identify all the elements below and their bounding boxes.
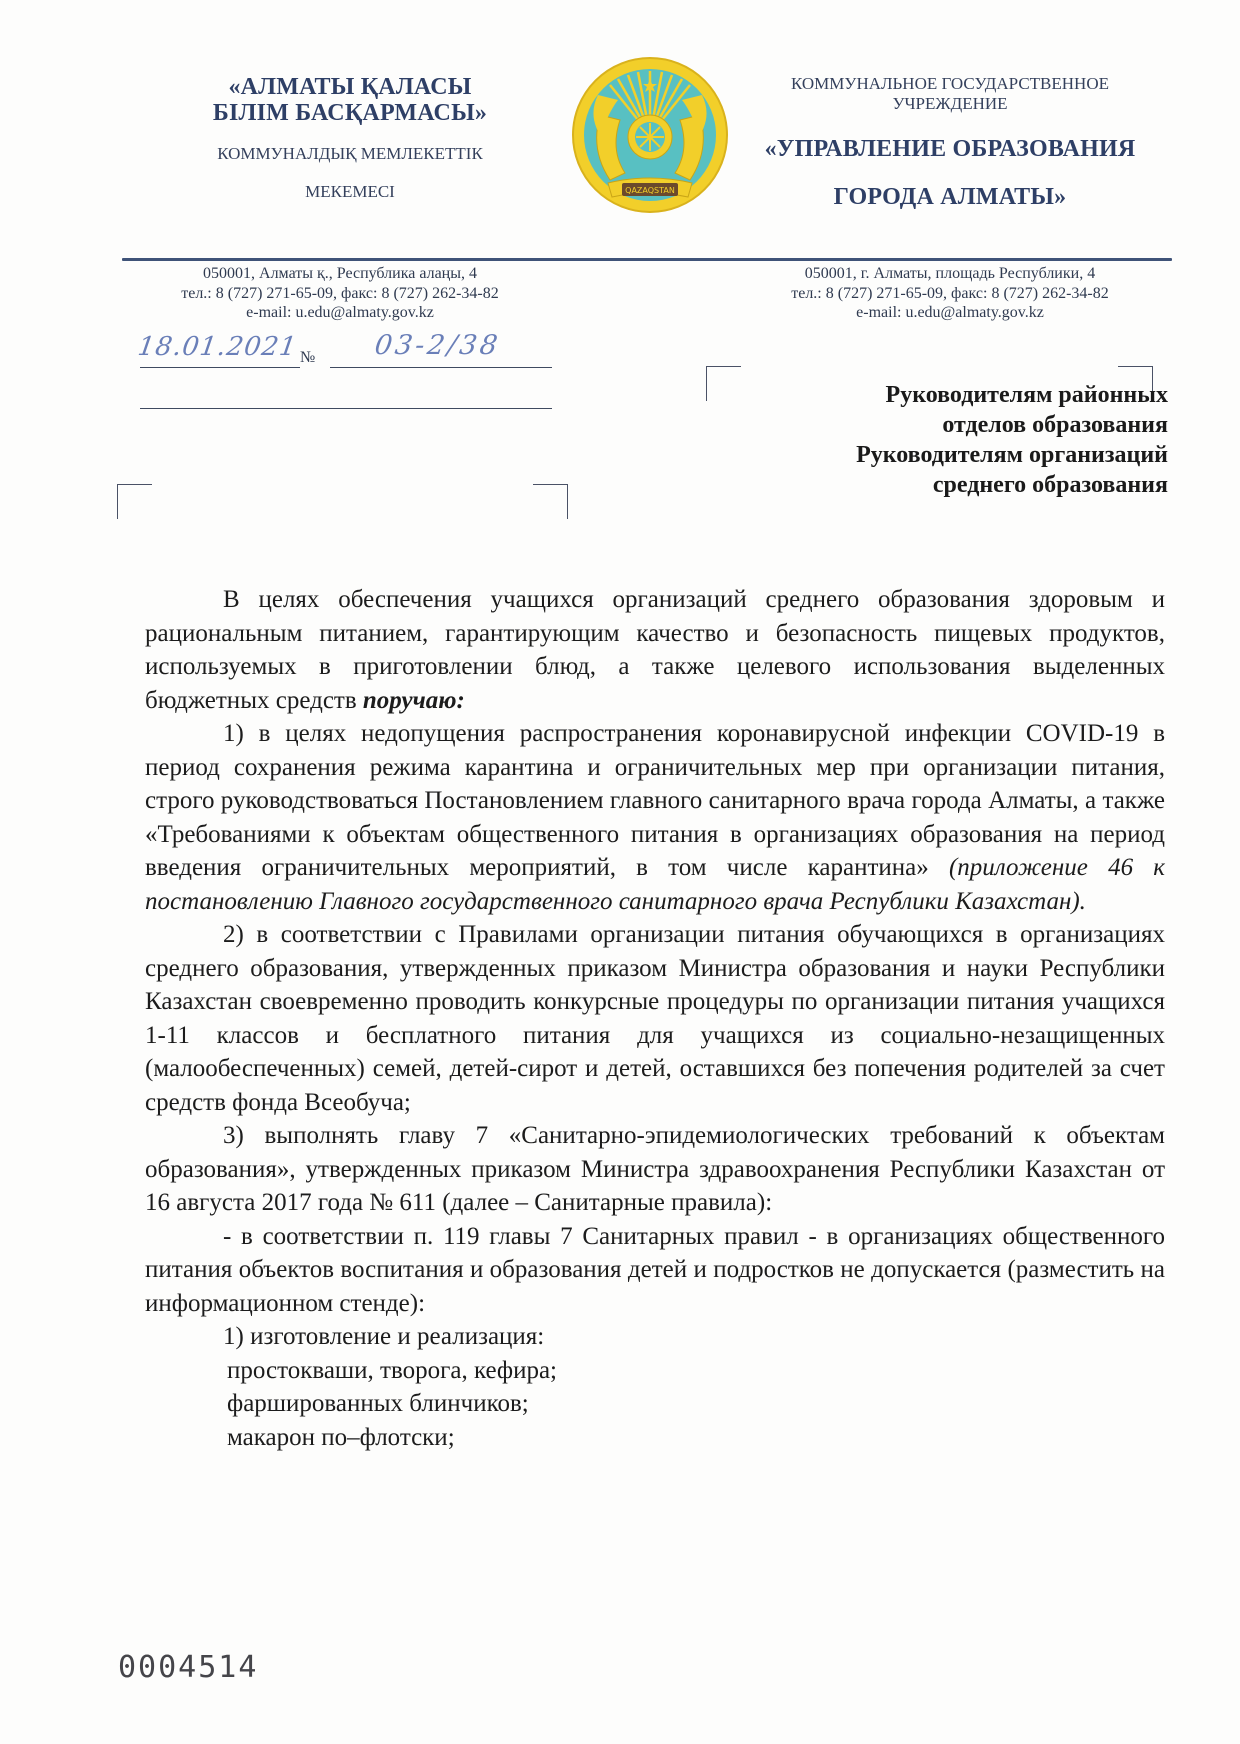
list-item: макарон по–флотски; <box>223 1421 1165 1455</box>
address-kazakh: 050001, Алматы қ., Республика алаңы, 4 т… <box>130 264 550 323</box>
addressee-bracket-top-left <box>706 366 741 401</box>
address-line: 050001, г. Алматы, площадь Республики, 4 <box>735 264 1165 284</box>
prohibited-list-heading: 1) изготовление и реализация: <box>223 1320 1165 1354</box>
number-underline <box>330 367 552 368</box>
bracket-corner-top-left <box>117 484 152 519</box>
reference-blank-line <box>140 408 552 409</box>
letterhead-russian: КОММУНАЛЬНОЕ ГОСУДАРСТВЕННОЕ УЧРЕЖДЕНИЕ … <box>745 74 1155 210</box>
org-name-kazakh-line1: «АЛМАТЫ ҚАЛАСЫ <box>160 74 540 100</box>
org-name-russian-line2: ГОРОДА АЛМАТЫ» <box>745 184 1155 210</box>
svg-text:QAZAQSTAN: QAZAQSTAN <box>625 186 675 195</box>
list-item: фаршированных блинчиков; <box>223 1387 1165 1421</box>
bracket-corner-top-right <box>533 484 568 519</box>
letter-body: В целях обеспечения учащихся организаций… <box>145 583 1165 1454</box>
org-type-kazakh-line2: МЕКЕМЕСІ <box>160 182 540 202</box>
prohibited-list: 1) изготовление и реализация: простокваш… <box>145 1320 1165 1454</box>
instruction-item-2: 2) в соответствии с Правилами организаци… <box>145 918 1165 1119</box>
number-sign: № <box>300 349 315 367</box>
email-line: e-mail: u.edu@almaty.gov.kz <box>130 303 550 323</box>
phone-line: тел.: 8 (727) 271-65-09, факс: 8 (727) 2… <box>130 284 550 304</box>
org-type-russian-line1: КОММУНАЛЬНОЕ ГОСУДАРСТВЕННОЕ <box>745 74 1155 94</box>
addressee-line: Руководителям организаций <box>856 440 1168 470</box>
sanitary-rule-clause: - в соответствии п. 119 главы 7 Санитарн… <box>145 1220 1165 1321</box>
addressee-line: отделов образования <box>856 410 1168 440</box>
intro-paragraph: В целях обеспечения учащихся организаций… <box>145 583 1165 717</box>
phone-line: тел.: 8 (727) 271-65-09, факс: 8 (727) 2… <box>735 284 1165 304</box>
email-line: e-mail: u.edu@almaty.gov.kz <box>735 303 1165 323</box>
instruction-item-3: 3) выполнять главу 7 «Санитарно-эпидемио… <box>145 1119 1165 1220</box>
instruction-emphasis: поручаю: <box>363 687 465 714</box>
addressee-block: Руководителям районных отделов образован… <box>856 380 1168 500</box>
handwritten-date: 18.01.2021 <box>136 332 299 362</box>
list-item: простокваши, творога, кефира; <box>223 1354 1165 1388</box>
org-type-russian-line2: УЧРЕЖДЕНИЕ <box>745 94 1155 114</box>
kazakhstan-state-emblem-icon: QAZAQSTAN <box>570 55 730 215</box>
date-underline <box>140 367 300 368</box>
handwritten-reg-number: 03-2/38 <box>373 330 502 361</box>
org-type-kazakh-line1: КОММУНАЛДЫҚ МЕМЛЕКЕТТІК <box>160 144 540 164</box>
letterhead-divider <box>122 258 1172 261</box>
org-name-russian-line1: «УПРАВЛЕНИЕ ОБРАЗОВАНИЯ <box>745 136 1155 162</box>
org-name-kazakh-line2: БІЛІМ БАСҚАРМАСЫ» <box>160 100 540 126</box>
address-line: 050001, Алматы қ., Республика алаңы, 4 <box>130 264 550 284</box>
form-serial-number: 0004514 <box>118 1650 258 1685</box>
address-russian: 050001, г. Алматы, площадь Республики, 4… <box>735 264 1165 323</box>
addressee-line: среднего образования <box>856 470 1168 500</box>
letterhead-kazakh: «АЛМАТЫ ҚАЛАСЫ БІЛІМ БАСҚАРМАСЫ» КОММУНА… <box>160 74 540 202</box>
addressee-line: Руководителям районных <box>856 380 1168 410</box>
instruction-item-1: 1) в целях недопущения распространения к… <box>145 717 1165 918</box>
